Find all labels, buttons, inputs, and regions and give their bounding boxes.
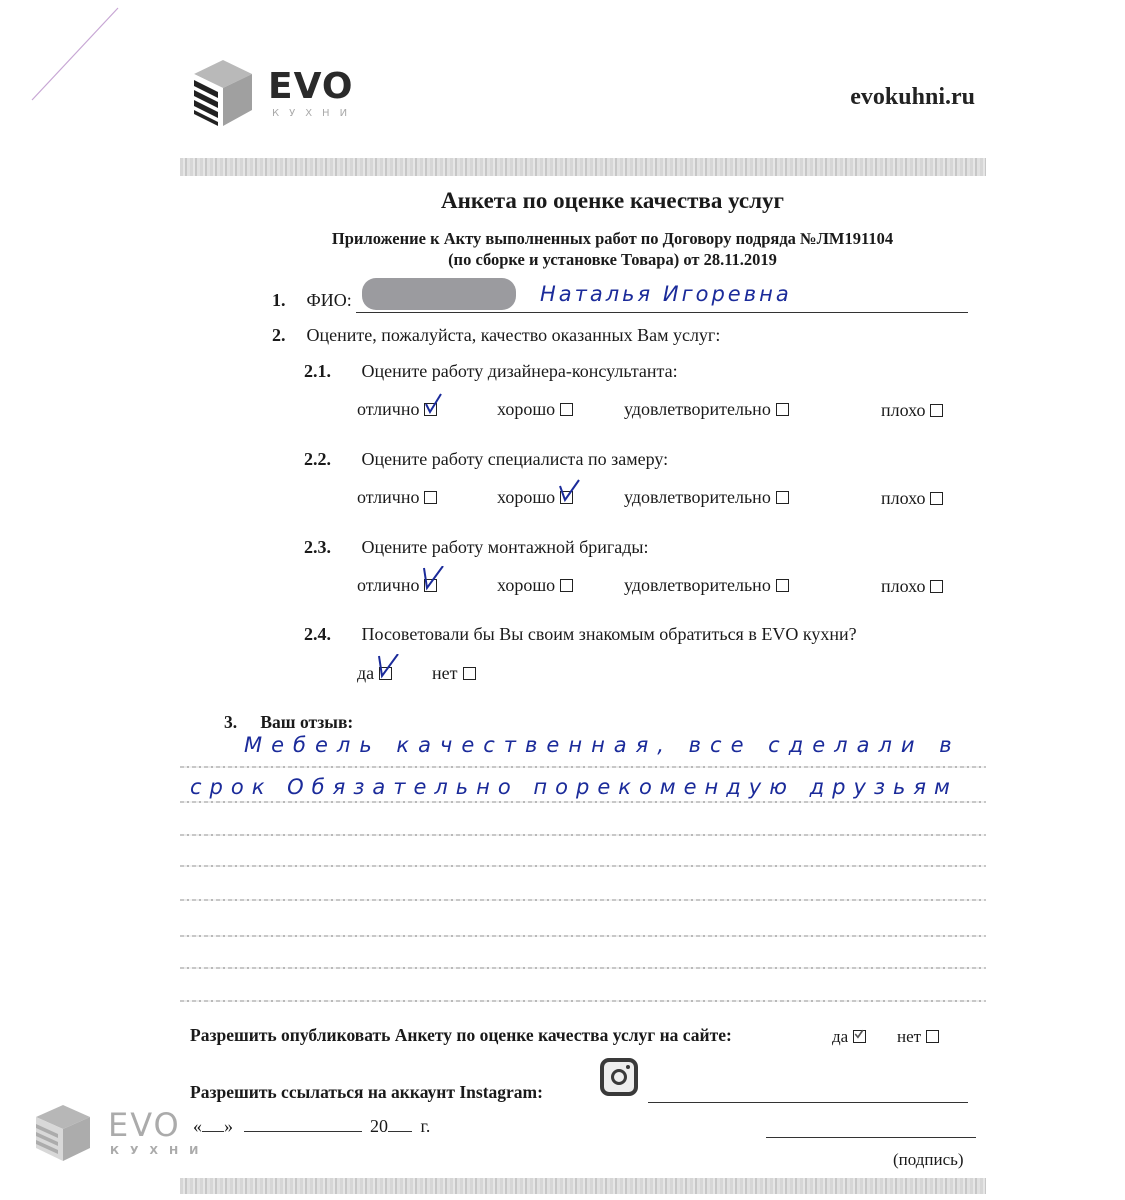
checkbox-checked[interactable] bbox=[424, 579, 437, 592]
q2-row: 2. Оцените, пожалуйста, качество оказанн… bbox=[272, 325, 720, 346]
review-ruled-line bbox=[180, 865, 986, 867]
q3-label: Ваш отзыв: bbox=[260, 712, 353, 732]
q2-label: Оцените, пожалуйста, качество оказанных … bbox=[307, 325, 721, 345]
option-label: нет bbox=[897, 1027, 921, 1046]
fio-field-line[interactable] bbox=[356, 312, 968, 313]
footer-divider-band bbox=[180, 1178, 986, 1194]
review-line1[interactable]: Мебель качественная, все сделали в bbox=[244, 733, 961, 757]
cube-logo-icon bbox=[192, 58, 254, 128]
scan-artifact-line bbox=[0, 0, 140, 110]
month-field[interactable] bbox=[244, 1131, 362, 1132]
checkbox[interactable] bbox=[776, 491, 789, 504]
checkmark-icon bbox=[852, 1027, 866, 1041]
publish-permission-label: Разрешить опубликовать Анкету по оценке … bbox=[190, 1025, 732, 1046]
review-line2[interactable]: срок Обязательно порекомендую друзьям bbox=[190, 775, 958, 799]
checkbox-checked[interactable] bbox=[379, 667, 392, 680]
option-label: хорошо bbox=[497, 575, 555, 595]
checkmark-icon bbox=[557, 478, 583, 504]
option-label: плохо bbox=[881, 576, 925, 596]
year-suffix: г. bbox=[421, 1116, 431, 1136]
option-label: да bbox=[357, 663, 374, 683]
instagram-permission-label: Разрешить ссылаться на аккаунт Instagram… bbox=[190, 1082, 543, 1103]
checkbox-checked[interactable] bbox=[853, 1030, 866, 1043]
checkbox[interactable] bbox=[463, 667, 476, 680]
q2-1-options: отлично bbox=[357, 399, 437, 420]
option-label: удовлетворительно bbox=[624, 575, 771, 595]
option-label: плохо bbox=[881, 400, 925, 420]
review-ruled-line bbox=[180, 967, 986, 969]
option-label: да bbox=[832, 1027, 848, 1046]
brand-subtitle: КУХНИ bbox=[272, 108, 357, 119]
website-url: evokuhni.ru bbox=[850, 84, 975, 111]
checkbox[interactable] bbox=[926, 1030, 939, 1043]
checkmark-icon bbox=[376, 654, 402, 680]
q2-2-row: 2.2. Оцените работу специалиста по замер… bbox=[304, 449, 668, 470]
option-label: хорошо bbox=[497, 399, 555, 419]
cube-watermark-icon bbox=[34, 1104, 92, 1162]
q2-4-number: 2.4. bbox=[304, 624, 357, 645]
q2-number: 2. bbox=[272, 325, 302, 346]
checkmark-icon bbox=[421, 566, 447, 592]
q2-3-label: Оцените работу монтажной бригады: bbox=[362, 537, 649, 557]
checkbox[interactable] bbox=[776, 403, 789, 416]
q2-2-number: 2.2. bbox=[304, 449, 357, 470]
q2-2-label: Оцените работу специалиста по замеру: bbox=[362, 449, 669, 469]
form-subtitle-line1: Приложение к Акту выполненных работ по Д… bbox=[0, 228, 1125, 249]
option-label: удовлетворительно bbox=[624, 487, 771, 507]
review-ruled-line bbox=[180, 935, 986, 937]
option-label: отлично bbox=[357, 399, 419, 419]
fio-handwritten[interactable]: Наталья Игоревна bbox=[540, 282, 792, 306]
q2-3-number: 2.3. bbox=[304, 537, 357, 558]
year-prefix: 20 bbox=[370, 1116, 388, 1136]
checkbox-checked[interactable] bbox=[424, 403, 437, 416]
q2-3-row: 2.3. Оцените работу монтажной бригады: bbox=[304, 537, 649, 558]
redacted-surname bbox=[362, 278, 516, 310]
checkbox-checked[interactable] bbox=[560, 491, 573, 504]
review-ruled-line bbox=[180, 801, 986, 803]
review-ruled-line bbox=[180, 834, 986, 836]
q2-1-number: 2.1. bbox=[304, 361, 357, 382]
evo-logo: EVO КУХНИ bbox=[192, 58, 392, 128]
q2-1-label: Оцените работу дизайнера-консультанта: bbox=[362, 361, 678, 381]
evo-watermark: EVO КУХНИ bbox=[34, 1104, 254, 1162]
form-title: Анкета по оценке качества услуг bbox=[0, 188, 1125, 214]
instagram-account-field[interactable] bbox=[648, 1102, 968, 1103]
option-label: отлично bbox=[357, 575, 419, 595]
watermark-subtitle: КУХНИ bbox=[110, 1144, 209, 1157]
review-ruled-line bbox=[180, 1000, 986, 1002]
brand-name: EVO bbox=[268, 66, 353, 107]
year-field[interactable] bbox=[388, 1131, 412, 1132]
form-subtitle-line2: (по сборке и установке Товара) от 28.11.… bbox=[0, 249, 1125, 270]
watermark-brand: EVO bbox=[108, 1106, 181, 1144]
checkbox[interactable] bbox=[560, 579, 573, 592]
signature-label: (подпись) bbox=[893, 1150, 964, 1170]
option-label: плохо bbox=[881, 488, 925, 508]
checkbox[interactable] bbox=[930, 404, 943, 417]
option-label: отлично bbox=[357, 487, 419, 507]
checkmark-icon bbox=[421, 390, 447, 416]
q1-label: ФИО: bbox=[307, 290, 352, 310]
q2-4-label: Посоветовали бы Вы своим знакомым обрати… bbox=[362, 624, 857, 644]
header-divider-band bbox=[180, 158, 986, 176]
instagram-icon bbox=[600, 1058, 638, 1096]
checkbox[interactable] bbox=[560, 403, 573, 416]
q3-row: 3. Ваш отзыв: bbox=[224, 712, 353, 733]
review-ruled-line bbox=[180, 766, 986, 768]
review-ruled-line bbox=[180, 899, 986, 901]
option-label: хорошо bbox=[497, 487, 555, 507]
signature-field[interactable] bbox=[766, 1137, 976, 1138]
q1-number: 1. bbox=[272, 290, 302, 311]
option-label: нет bbox=[432, 663, 458, 683]
option-label: удовлетворительно bbox=[624, 399, 771, 419]
checkbox[interactable] bbox=[930, 580, 943, 593]
checkbox[interactable] bbox=[424, 491, 437, 504]
q1-row: 1. ФИО: bbox=[272, 290, 352, 311]
checkbox[interactable] bbox=[930, 492, 943, 505]
q2-1-row: 2.1. Оцените работу дизайнера-консультан… bbox=[304, 361, 678, 382]
q2-4-row: 2.4. Посоветовали бы Вы своим знакомым о… bbox=[304, 624, 857, 645]
checkbox[interactable] bbox=[776, 579, 789, 592]
q3-number: 3. bbox=[224, 712, 256, 733]
